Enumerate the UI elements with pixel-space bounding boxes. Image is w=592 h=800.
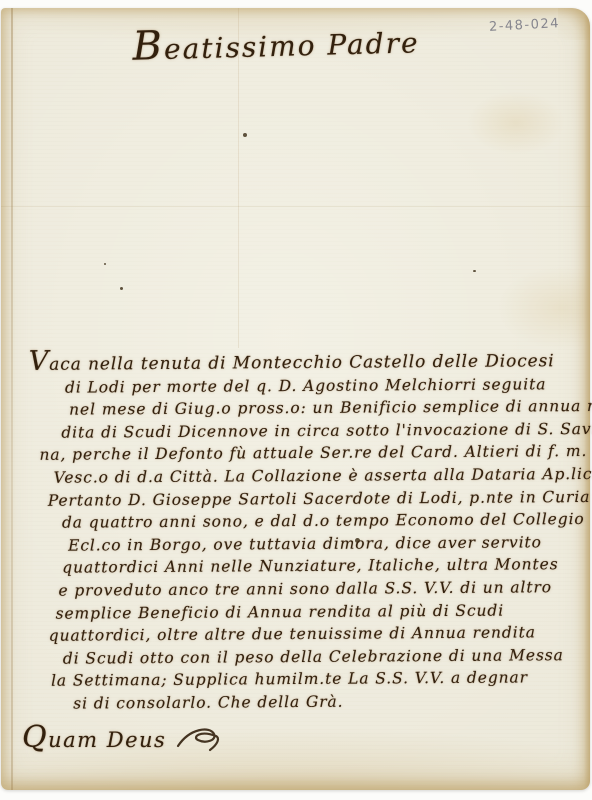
- closing-formula: Quam Deus: [22, 720, 222, 757]
- ink-speck: [243, 133, 247, 137]
- corner-fold: [558, 8, 590, 40]
- ink-speck: [120, 287, 123, 290]
- body-line: si di consolarlo. Che della Grà.: [1, 689, 592, 716]
- closing-text: Quam Deus: [22, 728, 166, 752]
- ink-speck: [473, 270, 476, 272]
- letter-body: Vaca nella tenuta di Montecchio Castello…: [0, 347, 592, 716]
- body-line: Vaca nella tenuta di Montecchio Castello…: [0, 347, 591, 377]
- ink-flourish: [176, 726, 222, 757]
- scanned-document-photo: 2-48-024 Beatissimo Padre Vaca nella ten…: [0, 0, 592, 800]
- body-line: la Settimana; Supplica humilm.te La S.S.…: [1, 666, 592, 693]
- horizontal-fold-crease: [1, 206, 590, 207]
- ink-speck: [104, 263, 106, 265]
